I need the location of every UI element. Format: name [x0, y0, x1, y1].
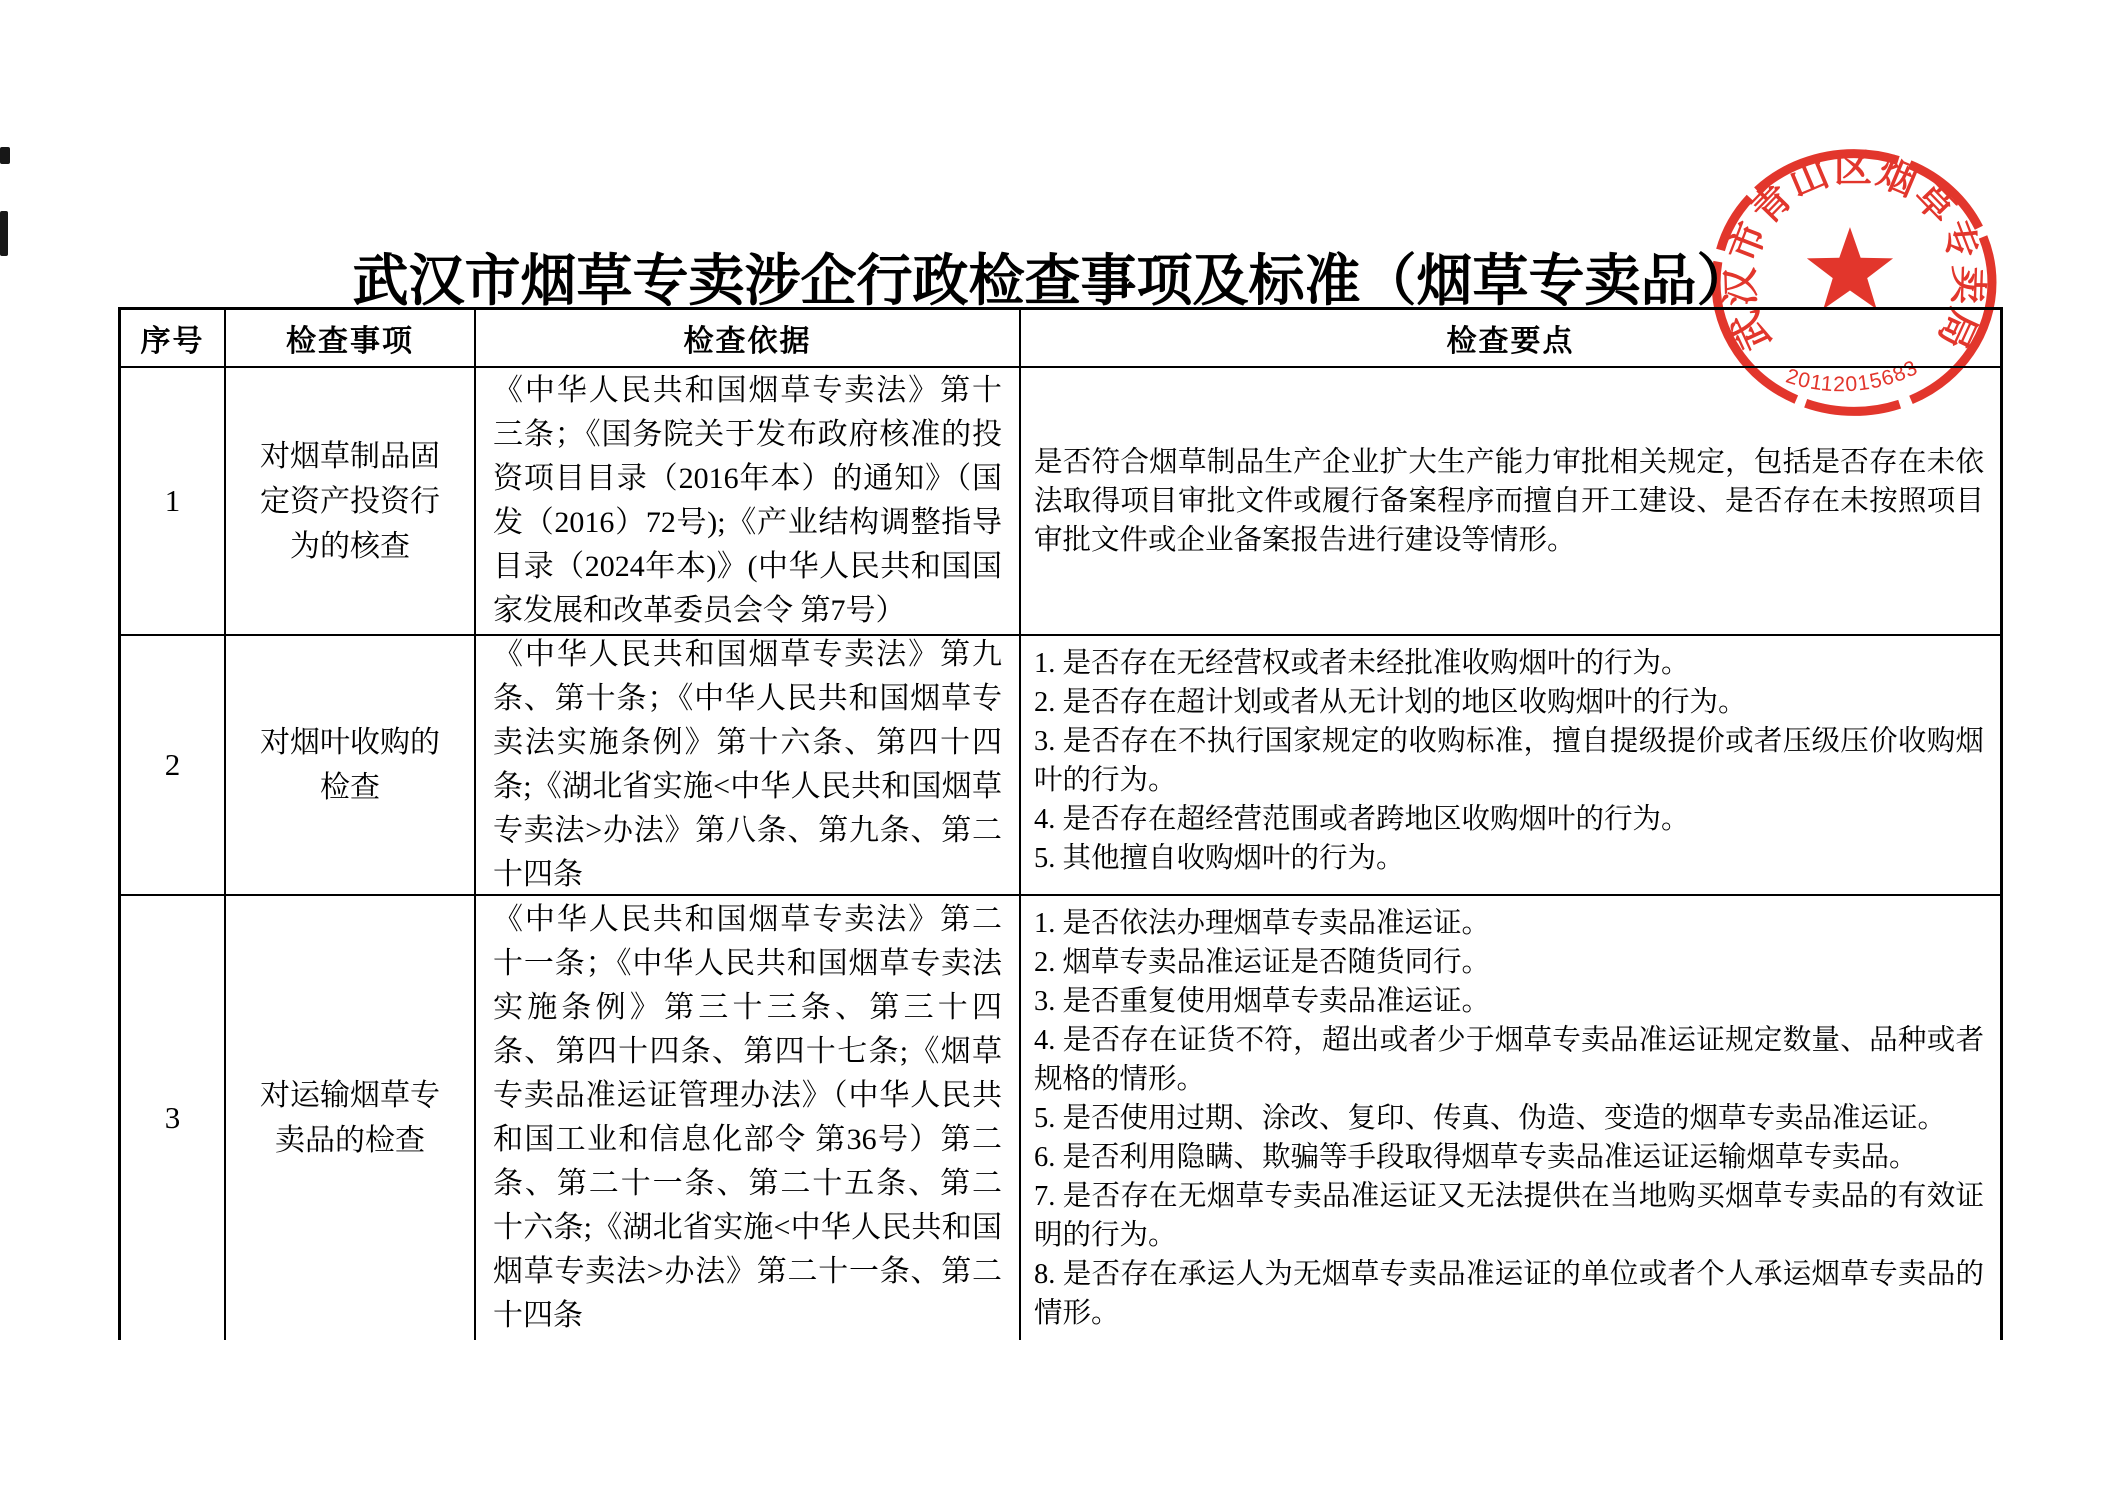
row2-inspection-item: 对烟叶收购的检查 [226, 636, 476, 896]
row1-no: 1 [121, 368, 226, 636]
inspection-standards-table: 序号 检查事项 检查依据 检查要点 1 对烟草制品固定资产投资行为的核查 《中华… [118, 307, 2003, 1340]
seal-star-icon [1807, 227, 1893, 309]
row2-no: 2 [121, 636, 226, 896]
row3-inspection-item: 对运输烟草专卖品的检查 [226, 896, 476, 1340]
row1-inspection-basis: 《中华人民共和国烟草专卖法》第十三条；《国务院关于发布政府核准的投资项目目录（2… [476, 368, 1021, 636]
row3-no: 3 [121, 896, 226, 1340]
row3-inspection-points: 1. 是否依法办理烟草专卖品准运证。 2. 烟草专卖品准运证是否随货同行。 3.… [1021, 896, 2000, 1340]
scanned-document-page: 武汉市烟草专卖涉企行政检查事项及标准（烟草专卖品） 序号 检查事项 检查依据 检… [0, 0, 2105, 1487]
row2-inspection-points: 1. 是否存在无经营权或者未经批准收购烟叶的行为。 2. 是否存在超计划或者从无… [1021, 636, 2000, 896]
official-seal-stamp: 武汉市青山区烟草专卖局 4201120156831 [1710, 147, 1998, 419]
row1-inspection-item: 对烟草制品固定资产投资行为的核查 [226, 368, 476, 636]
row2-inspection-basis: 《中华人民共和国烟草专卖法》第九条、第十条；《中华人民共和国烟草专卖法实施条例》… [476, 636, 1021, 896]
column-header-no: 序号 [121, 310, 226, 368]
column-header-basis: 检查依据 [476, 310, 1021, 368]
row3-inspection-basis: 《中华人民共和国烟草专卖法》第二十一条；《中华人民共和国烟草专卖法实施条例》第三… [476, 896, 1021, 1340]
scan-artifact [0, 147, 10, 164]
column-header-item: 检查事项 [226, 310, 476, 368]
